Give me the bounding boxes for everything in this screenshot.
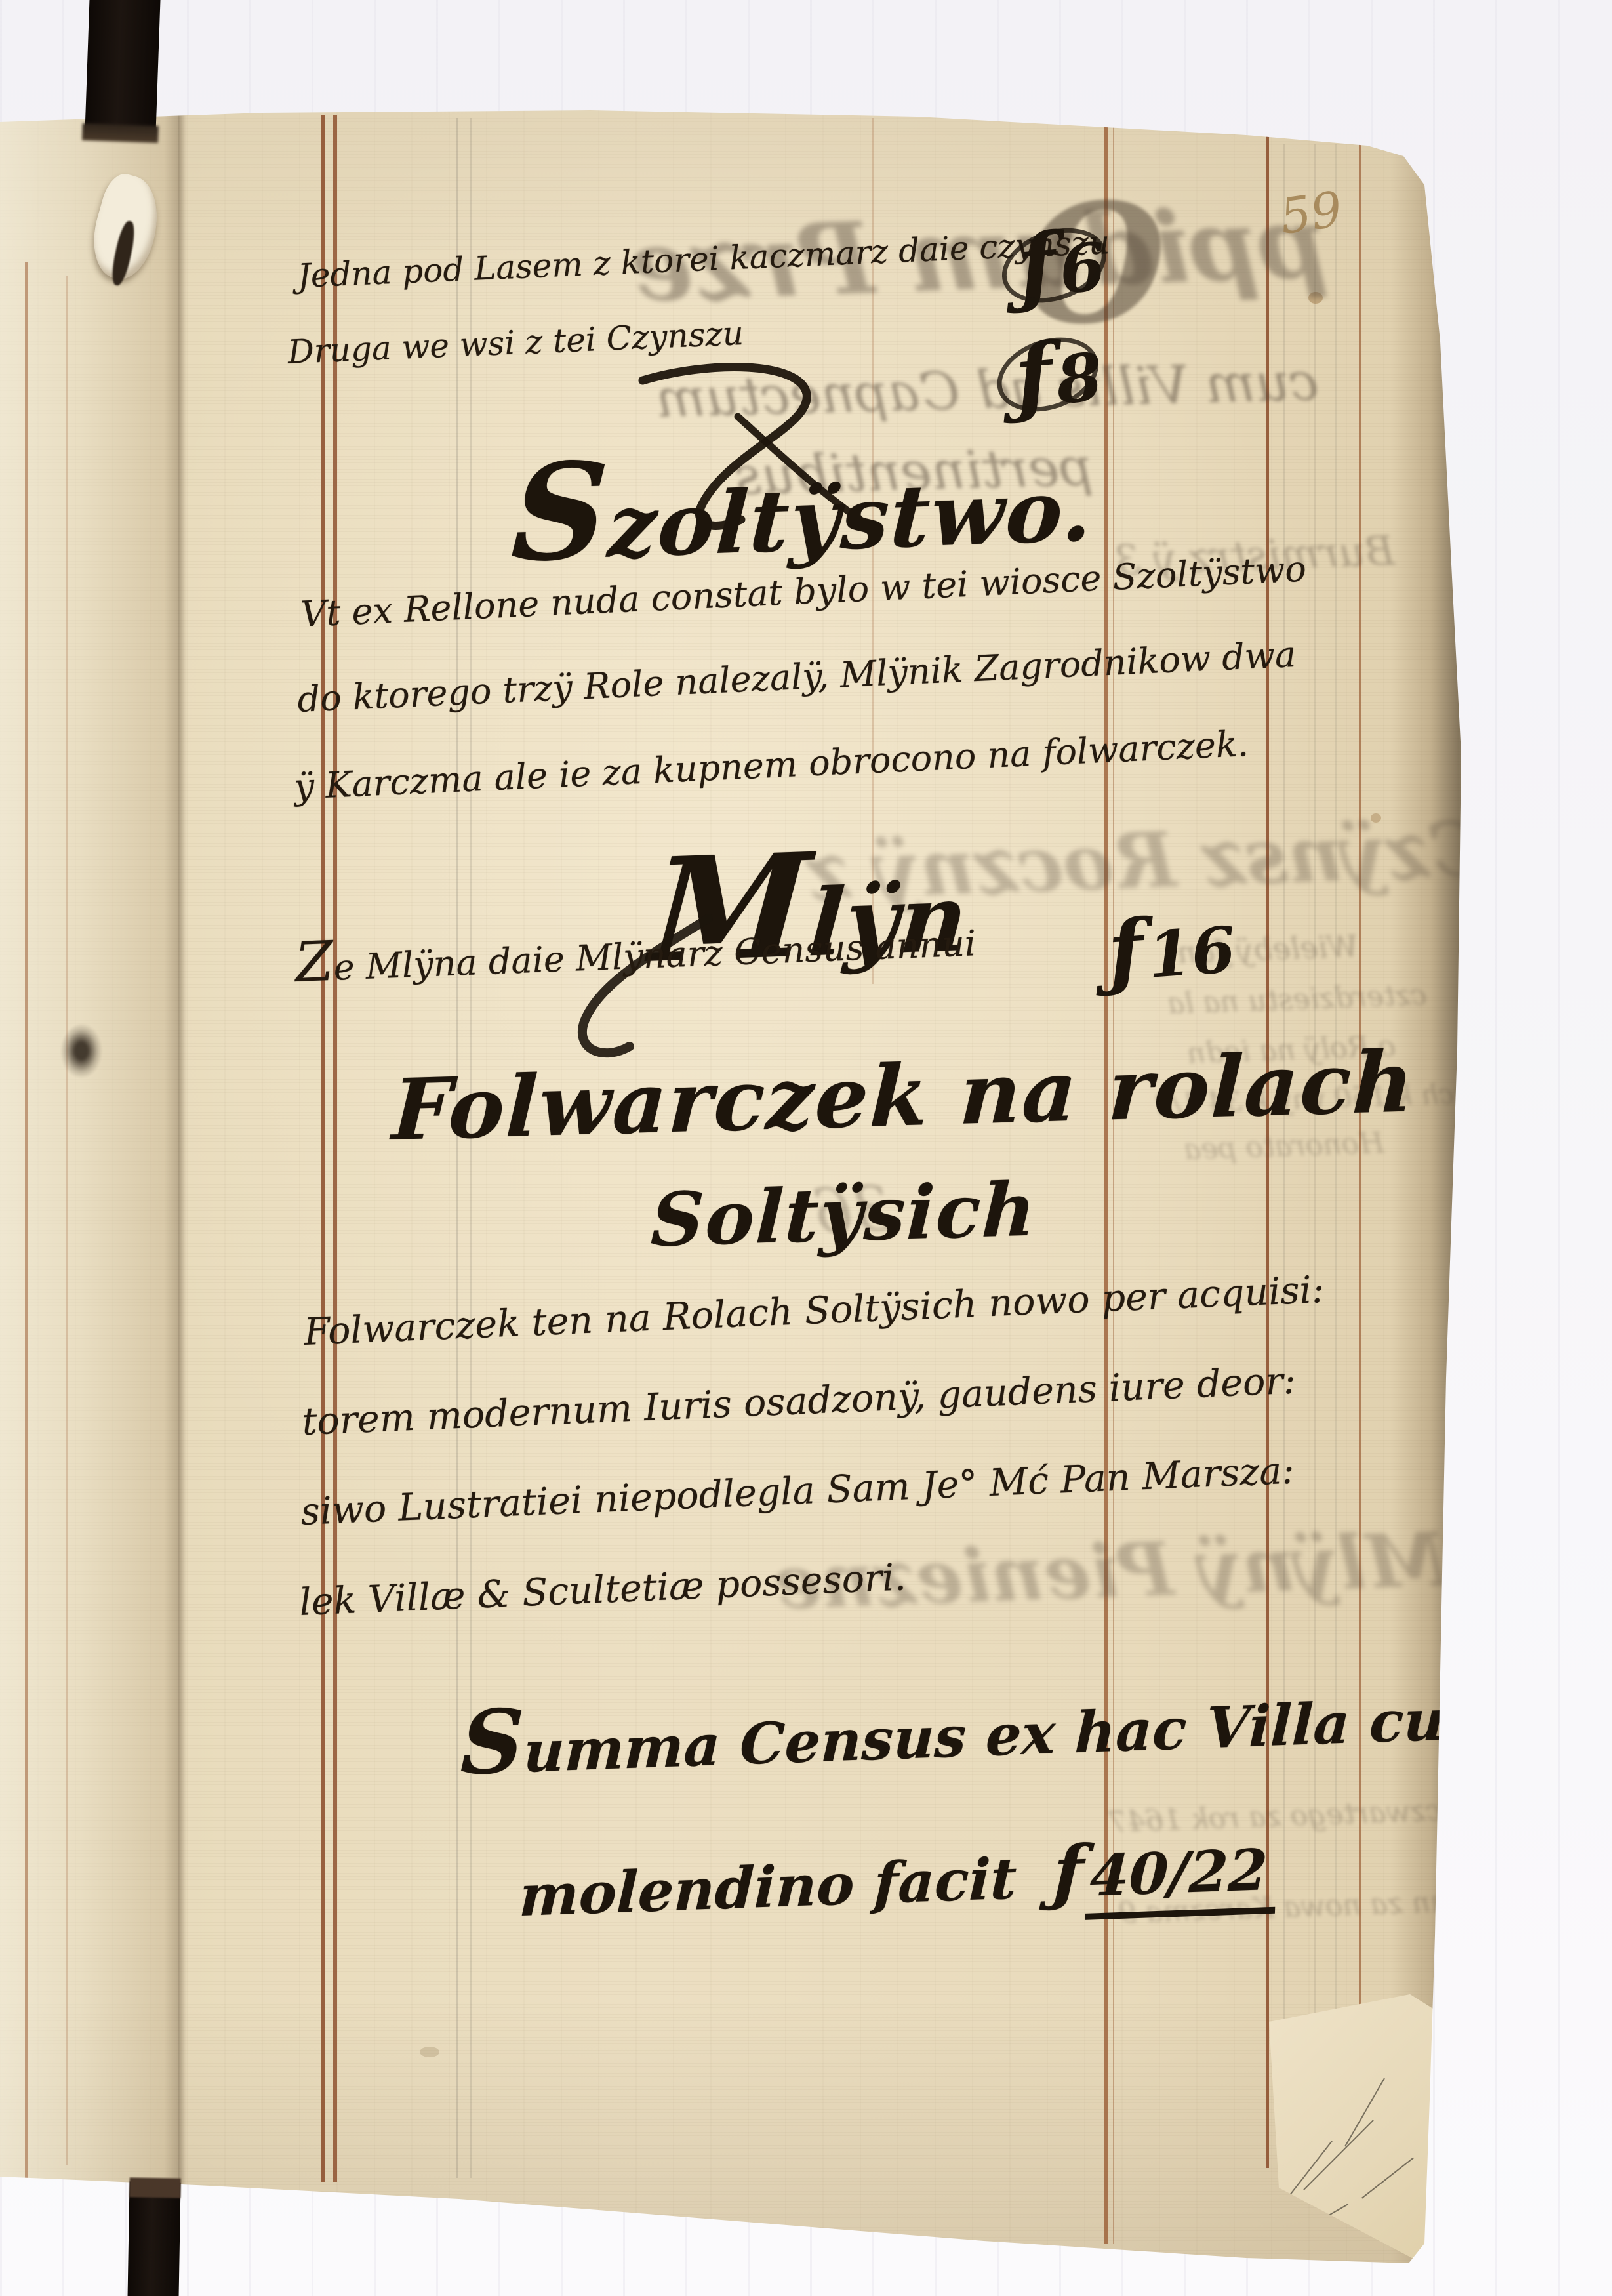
manuscript-scan: O ppidum Prze cum Villis ad Capnectum pe…	[0, 0, 1612, 2296]
ruled-line-right-1	[1104, 125, 1108, 2244]
page-right-edge-shadow	[1390, 131, 1464, 2270]
summa-line-2-text: molendino facit	[518, 1845, 1017, 1929]
binding-ribbon-bottom	[127, 2181, 180, 2296]
scratch-mark	[1303, 2120, 1373, 2190]
ruled-line-right-1b	[1113, 125, 1114, 2244]
summa-amount: 40/22	[1085, 1836, 1278, 1919]
ruled-line-gutter	[25, 262, 28, 2178]
ruled-line-gutter-faint	[66, 276, 68, 2165]
amount-value: 16	[1145, 912, 1238, 993]
binding-ribbon-top	[85, 0, 160, 136]
scratch-mark	[1361, 2157, 1414, 2198]
ruled-line-left-outer	[321, 115, 325, 2182]
mlyn-amount: ƒ16	[1105, 895, 1238, 1000]
stain-spot-3	[420, 2047, 439, 2057]
ruled-line-left-inner	[333, 115, 337, 2182]
florin-symbol: ƒ	[1052, 1830, 1085, 1914]
florin-symbol: ƒ	[1105, 902, 1147, 1000]
entry-line-1-amount: ƒ6	[1015, 209, 1109, 317]
gutter-crease	[178, 112, 189, 2188]
manuscript-page: O ppidum Prze cum Villis ad Capnectum pe…	[0, 0, 1612, 2296]
scratch-mark	[1344, 2078, 1385, 2147]
heading-folwarczek-line-2: Soltÿsich	[649, 1166, 1038, 1263]
entry-line-2-amount: ƒ8	[1011, 319, 1106, 427]
folio-number: 59	[1276, 181, 1345, 245]
